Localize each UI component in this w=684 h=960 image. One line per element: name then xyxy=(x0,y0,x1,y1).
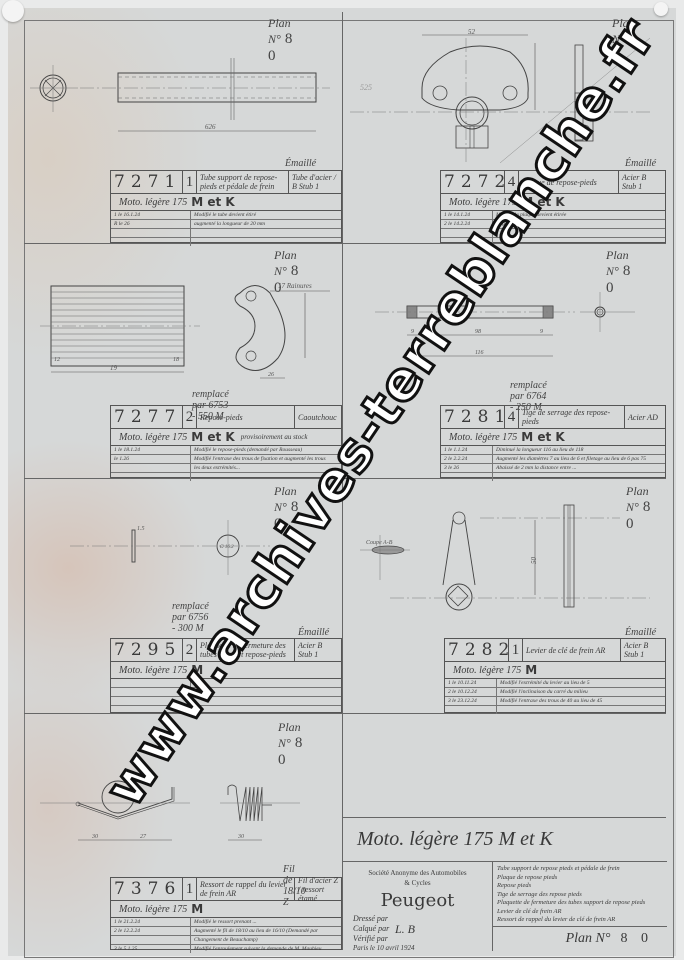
part-table-7271: 7271 1 Tube support de repose-pieds et p… xyxy=(110,170,342,243)
part-material: Acier AD xyxy=(625,406,665,428)
drawing-date: Paris le 10 avril 1924 xyxy=(353,944,414,952)
svg-text:26: 26 xyxy=(268,372,274,378)
revision-row: 1 le 18.1.24Modifié le repose-pieds (dem… xyxy=(111,446,341,455)
title-block: Moto. légère 175 M et K Société Anonyme … xyxy=(342,817,666,950)
svg-text:98: 98 xyxy=(475,329,481,335)
model-line: Moto. légère 175M et K xyxy=(111,194,341,211)
revision-row xyxy=(111,229,341,238)
dimension-label: 626 xyxy=(205,123,216,131)
draftsman-initials: L. B xyxy=(395,922,415,937)
revision-row: 3 le 5.1.25Modifié l'enroulement suivant… xyxy=(111,945,341,953)
finish-label: Émaillé xyxy=(285,158,316,169)
part-material: Acier B Stub 1 xyxy=(619,171,665,193)
part-description: Tube support de repose-pieds et pédale d… xyxy=(197,171,289,193)
revision-row: le 1.26Modifié l'entraxe des trous de fi… xyxy=(111,455,341,464)
revision-row: 1 le 21.2.24Modifié le ressort prenant .… xyxy=(111,918,341,927)
svg-text:Coupe A-B: Coupe A-B xyxy=(366,540,393,546)
revision-row: R le 26augmenté la longueur de 20 mm xyxy=(111,220,341,229)
part-table-7376: 7376 1 Ressort de rappel du levier de fr… xyxy=(110,877,342,950)
tube-drawing: 626 xyxy=(30,50,340,145)
revision-row: Changement de Beauchamp) xyxy=(111,936,341,945)
finish-label: Émaillé xyxy=(625,158,656,169)
parts-list-item: Tige de serrage des repose pieds xyxy=(497,891,663,900)
plan-number: Plan N°8 0 xyxy=(493,927,667,951)
part-number: 7277 xyxy=(111,406,183,428)
part-number: 7282 xyxy=(445,639,509,661)
svg-text:525: 525 xyxy=(360,83,372,92)
part-description: Repose-pieds xyxy=(197,406,295,428)
part-material: Acier B Stub 1 xyxy=(621,639,665,661)
company-block: Société Anonyme des Automobiles & Cycles… xyxy=(343,862,493,951)
model-line: Moto. légère 175M xyxy=(445,662,665,679)
revision-row: 2 le 2.2.24Augmenté les diamètres 7 au l… xyxy=(441,455,665,464)
model-line: Moto. légère 175M et Kprovisoirement au … xyxy=(111,429,341,446)
parts-list-item: Repose pieds xyxy=(497,882,663,891)
svg-text:30: 30 xyxy=(237,834,244,840)
signature-labels: Dressé par Calqué par Vérifié par xyxy=(353,914,389,944)
svg-text:12: 12 xyxy=(54,357,60,363)
parts-list-item: Tube support de repose pieds et pédale d… xyxy=(497,865,663,874)
finish-label: Émaillé xyxy=(625,627,656,638)
revision-row: 1 le 1.1.24Diminué la longueur 116 au li… xyxy=(441,446,665,455)
part-quantity: 1 xyxy=(183,878,197,900)
part-number: 7271 xyxy=(111,171,183,193)
part-table-7282: 7282 1 Levier de clé de frein AR Acier B… xyxy=(444,638,666,713)
footrest-drawing: 19 12 18 17 Rainures 26 xyxy=(40,268,340,383)
model-line: Moto. légère 175M et K xyxy=(441,429,665,446)
company-name: Société Anonyme des Automobiles & Cycles xyxy=(343,868,492,888)
part-description: Tige de serrage des repose-pieds xyxy=(519,406,625,428)
revision-row xyxy=(111,238,341,246)
part-quantity: 1 xyxy=(509,639,523,661)
svg-text:50: 50 xyxy=(530,557,538,565)
svg-text:52: 52 xyxy=(468,28,476,36)
revision-row: 2 le 10.12.24Modifié l'inclinaison du ca… xyxy=(445,688,665,697)
parts-list-item: Levier de clé de frein AR xyxy=(497,908,663,917)
svg-text:Ø 16.2: Ø 16.2 xyxy=(219,545,234,550)
part-quantity: 4 xyxy=(505,406,519,428)
svg-text:30: 30 xyxy=(91,834,98,840)
part-number: 7376 xyxy=(111,878,183,900)
part-material: Fil d'acier Z / ressort étamé xyxy=(295,878,341,900)
revision-row: 1 le 16.1.24Modifié le tube devient étir… xyxy=(111,211,341,220)
svg-text:9: 9 xyxy=(540,329,543,335)
parts-list-item: Plaquette de fermeture des tubes support… xyxy=(497,899,663,908)
svg-text:27: 27 xyxy=(140,834,147,840)
svg-text:19: 19 xyxy=(110,364,118,372)
brand-name: Peugeot xyxy=(343,890,492,911)
revision-row: 3 le 23.12.24Modifié l'entraxe des trous… xyxy=(445,697,665,706)
revision-row xyxy=(441,473,665,481)
part-quantity: 2 xyxy=(183,406,197,428)
svg-text:17 Rainures: 17 Rainures xyxy=(278,282,312,290)
revision-row: 3 le 26Abaissé de 2 mm la distance entre… xyxy=(441,464,665,473)
svg-text:116: 116 xyxy=(475,350,484,356)
part-material: Tube d'acier / B Stub 1 xyxy=(289,171,341,193)
part-number: 7281 xyxy=(441,406,505,428)
part-description: Levier de clé de frein AR xyxy=(523,639,621,661)
revision-row xyxy=(445,706,665,714)
parts-list-item: Ressort de rappel du levier de clé de fr… xyxy=(497,916,663,925)
parts-list: Tube support de repose pieds et pédale d… xyxy=(493,862,667,927)
part-description: Ressort de rappel du levier de frein AR xyxy=(197,878,295,900)
drawing-title: Moto. légère 175 M et K xyxy=(343,818,667,862)
spring-drawing: 30 27 30 xyxy=(40,755,320,850)
part-table-7281: 7281 4 Tige de serrage des repose-pieds … xyxy=(440,405,666,478)
revision-row: 1 le 10.11.24Modifié l'extrémité du levi… xyxy=(445,679,665,688)
thumbtack-top-left xyxy=(2,0,24,22)
part-number: 7295 xyxy=(111,639,183,661)
thumbtack-top-right xyxy=(654,2,668,16)
model-line: Moto. légère 175M xyxy=(111,901,341,918)
lever-drawing: Coupe A-B 50 xyxy=(350,490,660,620)
svg-text:1.5: 1.5 xyxy=(137,526,145,532)
part-quantity: 1 xyxy=(183,171,197,193)
svg-text:18: 18 xyxy=(173,357,179,363)
part-material: Acier B Stub 1 xyxy=(295,639,341,661)
parts-list-item: Plaque de repose pieds xyxy=(497,874,663,883)
finish-label: Émaillé xyxy=(298,627,329,638)
revision-row: 2 le 12.2.24Augmenté le fil de 18/10 au … xyxy=(111,927,341,936)
